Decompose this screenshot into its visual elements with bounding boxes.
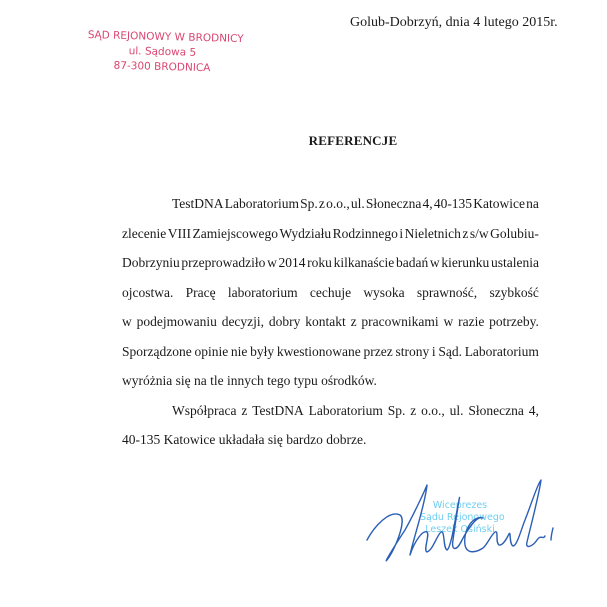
word: kilkanaście — [334, 248, 395, 278]
word: o.o., — [421, 396, 445, 426]
word: w — [444, 307, 454, 337]
word: ul. — [351, 189, 365, 219]
word: w — [122, 307, 132, 337]
word: kwestionowane — [277, 337, 361, 367]
word: z — [410, 396, 416, 426]
p1-line-2: zlecenieVIIIZamiejscowegoWydziałuRodzinn… — [122, 219, 539, 249]
word: z — [351, 307, 357, 337]
word: nie — [231, 337, 248, 367]
word: 4, — [529, 396, 539, 426]
word: były — [250, 337, 274, 367]
word: Laboratorium — [309, 396, 383, 426]
word: Sp. — [300, 189, 318, 219]
word: strony — [395, 337, 429, 367]
word: Zamiejscowego — [192, 219, 277, 249]
word: Dobrzyniu — [122, 248, 180, 278]
word: opinie — [194, 337, 228, 367]
word: roku — [307, 248, 332, 278]
word: ul. — [450, 396, 464, 426]
word: pracownikami — [361, 307, 438, 337]
word: kontakt — [305, 307, 346, 337]
word: na — [526, 189, 539, 219]
place-and-date: Golub-Dobrzyń, dnia 4 lutego 2015r. — [350, 15, 558, 31]
word: z — [462, 219, 468, 249]
word: ojcostwa. — [122, 278, 173, 308]
stamp-city: 87-300 BRODNICA — [87, 58, 237, 77]
word: z — [319, 189, 325, 219]
p1-line-5: wpodejmowaniudecyzji,dobrykontaktzpracow… — [122, 307, 539, 337]
p1-line-6: Sporządzoneopinieniebyłykwestionowaneprz… — [122, 337, 539, 367]
word: w — [430, 248, 440, 278]
word: Rodzinnego — [333, 219, 398, 249]
word: ustalenia — [491, 248, 539, 278]
word: i — [399, 219, 403, 249]
word: TestDNA — [252, 396, 304, 426]
court-address-stamp: SĄD REJONOWY W BRODNICY ul. Sądowa 5 87-… — [87, 28, 238, 77]
word: o.o., — [326, 189, 350, 219]
word: sprawność, — [417, 278, 477, 308]
word: potrzeby. — [489, 307, 539, 337]
word: VIII — [168, 219, 191, 249]
document-title-row: REFERENCJE — [0, 133, 607, 149]
word: 4, — [423, 189, 433, 219]
p1-line-7: wyróżnia się na tle innych tego typu ośr… — [122, 366, 539, 396]
word: Nieletnich — [405, 219, 461, 249]
word: Wydziału — [279, 219, 331, 249]
word: podejmowaniu — [137, 307, 217, 337]
p2-line-2: 40-135 Katowice układała się bardzo dobr… — [122, 425, 539, 455]
word: 40-135 — [434, 189, 472, 219]
word: Sąd. — [438, 337, 462, 367]
p1-line-4: ojcostwa.Pracęlaboratoriumcechujewysokas… — [122, 278, 539, 308]
word: Golubiu- — [490, 219, 539, 249]
word: szybkość — [489, 278, 539, 308]
document-title: REFERENCJE — [309, 133, 398, 148]
handwritten-signature — [365, 470, 565, 570]
p1-line-1: TestDNALaboratoriumSp.zo.o.,ul.Słoneczna… — [122, 189, 539, 219]
word: razie — [458, 307, 484, 337]
word: Laboratorium — [225, 189, 299, 219]
word: z — [241, 396, 247, 426]
word: Katowice — [473, 189, 525, 219]
word: wysoka — [363, 278, 404, 308]
word: s/w — [470, 219, 489, 249]
word: Słoneczna — [468, 396, 523, 426]
word: Sp. — [388, 396, 406, 426]
word: i — [432, 337, 436, 367]
word: przez — [364, 337, 393, 367]
letter-body: TestDNALaboratoriumSp.zo.o.,ul.Słoneczna… — [122, 189, 539, 455]
word: kierunku — [441, 248, 489, 278]
word: laboratorium — [228, 278, 298, 308]
word: przeprowadziło — [181, 248, 265, 278]
word: Pracę — [186, 278, 216, 308]
word: Współpraca — [172, 396, 236, 426]
word: cechuje — [310, 278, 351, 308]
p2-line-1: WspółpracazTestDNALaboratoriumSp.zo.o.,u… — [122, 396, 539, 426]
word: 2014 — [278, 248, 305, 278]
word: TestDNA — [172, 189, 224, 219]
word: Sporządzone — [122, 337, 192, 367]
word: Laboratorium — [465, 337, 539, 367]
word: decyzji, — [222, 307, 264, 337]
word: w — [267, 248, 277, 278]
word: dobry — [269, 307, 301, 337]
word: badań — [396, 248, 428, 278]
word: zlecenie — [122, 219, 166, 249]
p1-line-3: Dobrzyniuprzeprowadziłow2014rokukilkanaś… — [122, 248, 539, 278]
word: Słoneczna — [366, 189, 421, 219]
